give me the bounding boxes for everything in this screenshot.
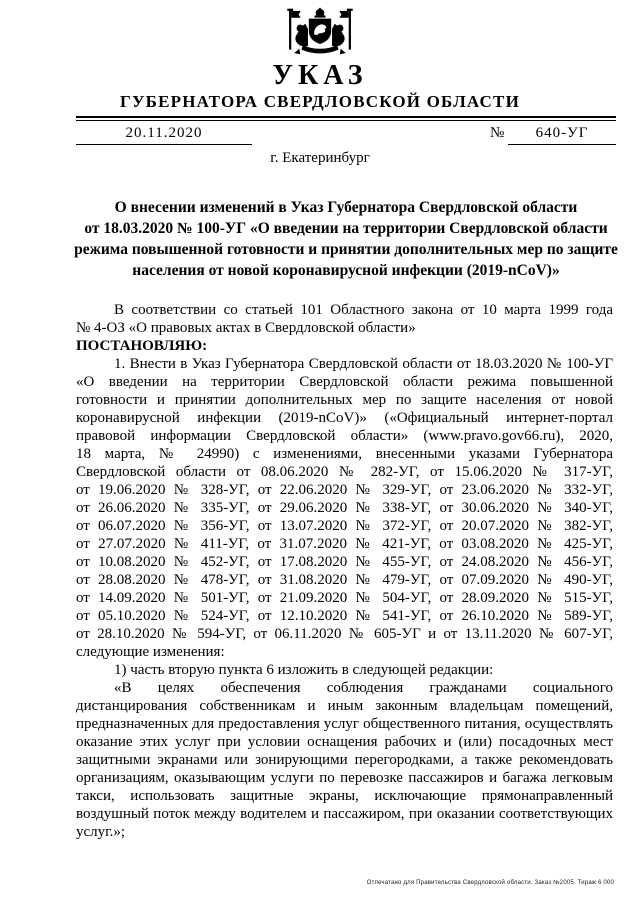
body-line: от 10.08.2020 № 452-УГ, от 17.08.2020 № … bbox=[76, 553, 613, 571]
decree-title-line: от 18.03.2020 № 100-УГ «О введении на те… bbox=[64, 218, 628, 239]
decree-type-heading: УКАЗ bbox=[0, 60, 640, 92]
body-line: В соответствии со статьей 101 Областного… bbox=[76, 301, 613, 319]
double-rule bbox=[76, 116, 616, 121]
decree-title-line: населения от новой коронавирусной инфекц… bbox=[64, 260, 628, 281]
issuing-authority: ГУБЕРНАТОРА СВЕРДЛОВСКОЙ ОБЛАСТИ bbox=[0, 92, 640, 112]
body-line: воздушный поток между водителем и пассаж… bbox=[76, 805, 613, 823]
decree-title-line: режима повышенной готовности и принятии … bbox=[64, 239, 628, 260]
body-line: защитными экранами или зонирующими перег… bbox=[76, 751, 613, 769]
body-line: организациям, оказывающим услуги по пере… bbox=[76, 769, 613, 787]
date-number-row: 20.11.2020 № 640-УГ bbox=[76, 125, 616, 147]
body-line: 1) часть вторую пункта 6 изложить в след… bbox=[76, 661, 613, 679]
body-line: 18 марта, № 24990) с изменениями, внесен… bbox=[76, 445, 613, 463]
resolve-line: ПОСТАНОВЛЯЮ: bbox=[76, 337, 613, 355]
document-body: В соответствии со статьей 101 Областного… bbox=[76, 301, 613, 841]
body-line: такси, использовать защитные экраны, иск… bbox=[76, 787, 613, 805]
body-line: от 27.07.2020 № 411-УГ, от 31.07.2020 № … bbox=[76, 535, 613, 553]
body-line: коронавирусной инфекции (2019-nCoV)» («О… bbox=[76, 409, 613, 427]
body-line: от 05.10.2020 № 524-УГ, от 12.10.2020 № … bbox=[76, 607, 613, 625]
body-line: от 28.08.2020 № 478-УГ, от 31.08.2020 № … bbox=[76, 571, 613, 589]
body-line: Свердловской области от 08.06.2020 № 282… bbox=[76, 463, 613, 481]
body-line: от 26.06.2020 № 335-УГ, от 29.06.2020 № … bbox=[76, 499, 613, 517]
print-note: Отпечатано для Правительства Свердловско… bbox=[367, 880, 614, 886]
body-line: от 19.06.2020 № 328-УГ, от 22.06.2020 № … bbox=[76, 481, 613, 499]
body-line: № 4-ОЗ «О правовых актах в Свердловской … bbox=[76, 319, 613, 337]
decree-number-block: № 640-УГ bbox=[490, 125, 616, 145]
body-line: от 06.07.2020 № 356-УГ, от 13.07.2020 № … bbox=[76, 517, 613, 535]
body-line: 1. Внести в Указ Губернатора Свердловско… bbox=[76, 355, 613, 373]
number-sign: № bbox=[490, 125, 504, 141]
body-line: готовности и принятии дополнительных мер… bbox=[76, 391, 613, 409]
city-line: г. Екатеринбург bbox=[0, 150, 640, 167]
body-line: оказание этих услуг при условии оснащени… bbox=[76, 733, 613, 751]
decree-date: 20.11.2020 bbox=[76, 125, 252, 145]
body-line: «В целях обеспечения соблюдения граждана… bbox=[76, 679, 613, 697]
decree-title-line: О внесении изменений в Указ Губернатора … bbox=[64, 197, 628, 218]
decree-number: 640-УГ bbox=[508, 125, 616, 145]
decree-title: О внесении изменений в Указ Губернатора … bbox=[64, 197, 628, 281]
body-line: правовой информации Свердловской области… bbox=[76, 427, 613, 445]
body-line: от 28.10.2020 № 594-УГ, от 06.11.2020 № … bbox=[76, 625, 613, 643]
body-line: предназначенных для предоставления услуг… bbox=[76, 715, 613, 733]
body-line: «О введении на территории Свердловской о… bbox=[76, 373, 613, 391]
body-line: дистанцирования собственникам и иным зак… bbox=[76, 697, 613, 715]
body-line: услуг.»; bbox=[76, 823, 613, 841]
body-line: от 14.09.2020 № 501-УГ, от 21.09.2020 № … bbox=[76, 589, 613, 607]
body-line: следующие изменения: bbox=[76, 643, 613, 661]
